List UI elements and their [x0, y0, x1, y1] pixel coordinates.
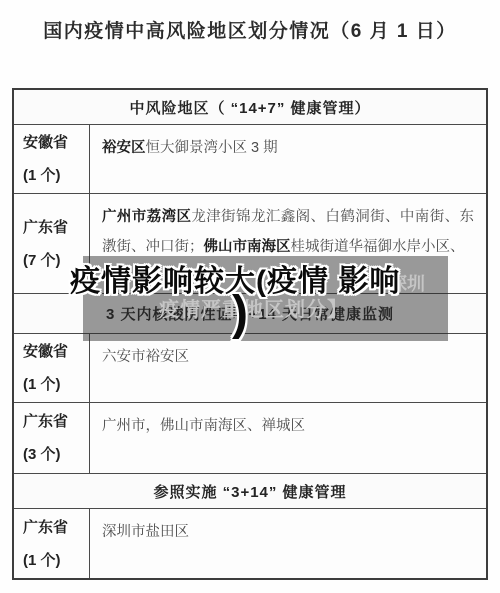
province-cell: 安徽省 (1 个) — [14, 334, 90, 402]
province-name: 广东省 — [23, 511, 89, 544]
province-name: 安徽省 — [23, 335, 89, 368]
section-header-mid-risk: 中风险地区（ “14+7” 健康管理） — [14, 90, 486, 125]
table-row-guangdong-3plus14: 广东省 (1 个) 深圳市盐田区 — [14, 509, 486, 578]
region-text-segment: 深圳市盐田区 — [102, 524, 189, 540]
province-name: 广东省 — [23, 405, 89, 438]
province-count: (1 个) — [23, 159, 89, 192]
region-bold-segment: 佛山市南海区 — [204, 239, 291, 255]
province-name: 广东省 — [23, 211, 89, 244]
region-text-segment: 广州市，佛山市南海区、禅城区 — [102, 418, 305, 434]
region-list: 六安市裕安区 — [90, 334, 486, 402]
region-text-segment: 恒大御景湾小区 3 期 — [146, 140, 278, 156]
province-name: 安徽省 — [23, 126, 89, 159]
table-row-guangdong-monitor: 广东省 (3 个) 广州市，佛山市南海区、禅城区 — [14, 403, 486, 474]
province-cell: 安徽省 (1 个) — [14, 125, 90, 193]
page-title: 国内疫情中高风险地区划分情况（6 月 1 日） — [0, 16, 500, 43]
province-cell: 广东省 (3 个) — [14, 403, 90, 473]
region-bold-segment: 广州市荔湾区 — [102, 209, 191, 225]
overlay-title-line2: ) — [232, 286, 248, 341]
region-text-segment: 六安市裕安区 — [102, 349, 189, 365]
table-row-anhui-monitor: 安徽省 (1 个) 六安市裕安区 — [14, 334, 486, 403]
province-count: (1 个) — [23, 544, 89, 577]
region-list: 广州市，佛山市南海区、禅城区 — [90, 403, 486, 473]
section-header-3plus14: 参照实施 “3+14” 健康管理 — [14, 474, 486, 509]
region-list: 裕安区恒大御景湾小区 3 期 — [90, 125, 486, 193]
region-text-segment: 桂城街道华福御水岸小区、 — [291, 239, 465, 255]
region-bold-segment: 裕安区 — [102, 140, 146, 156]
province-count: (1 个) — [23, 368, 89, 401]
region-list: 深圳市盐田区 — [90, 509, 486, 578]
table-row-anhui-midrisk: 安徽省 (1 个) 裕安区恒大御景湾小区 3 期 — [14, 125, 486, 194]
province-cell: 广东省 (1 个) — [14, 509, 90, 578]
province-count: (3 个) — [23, 438, 89, 471]
